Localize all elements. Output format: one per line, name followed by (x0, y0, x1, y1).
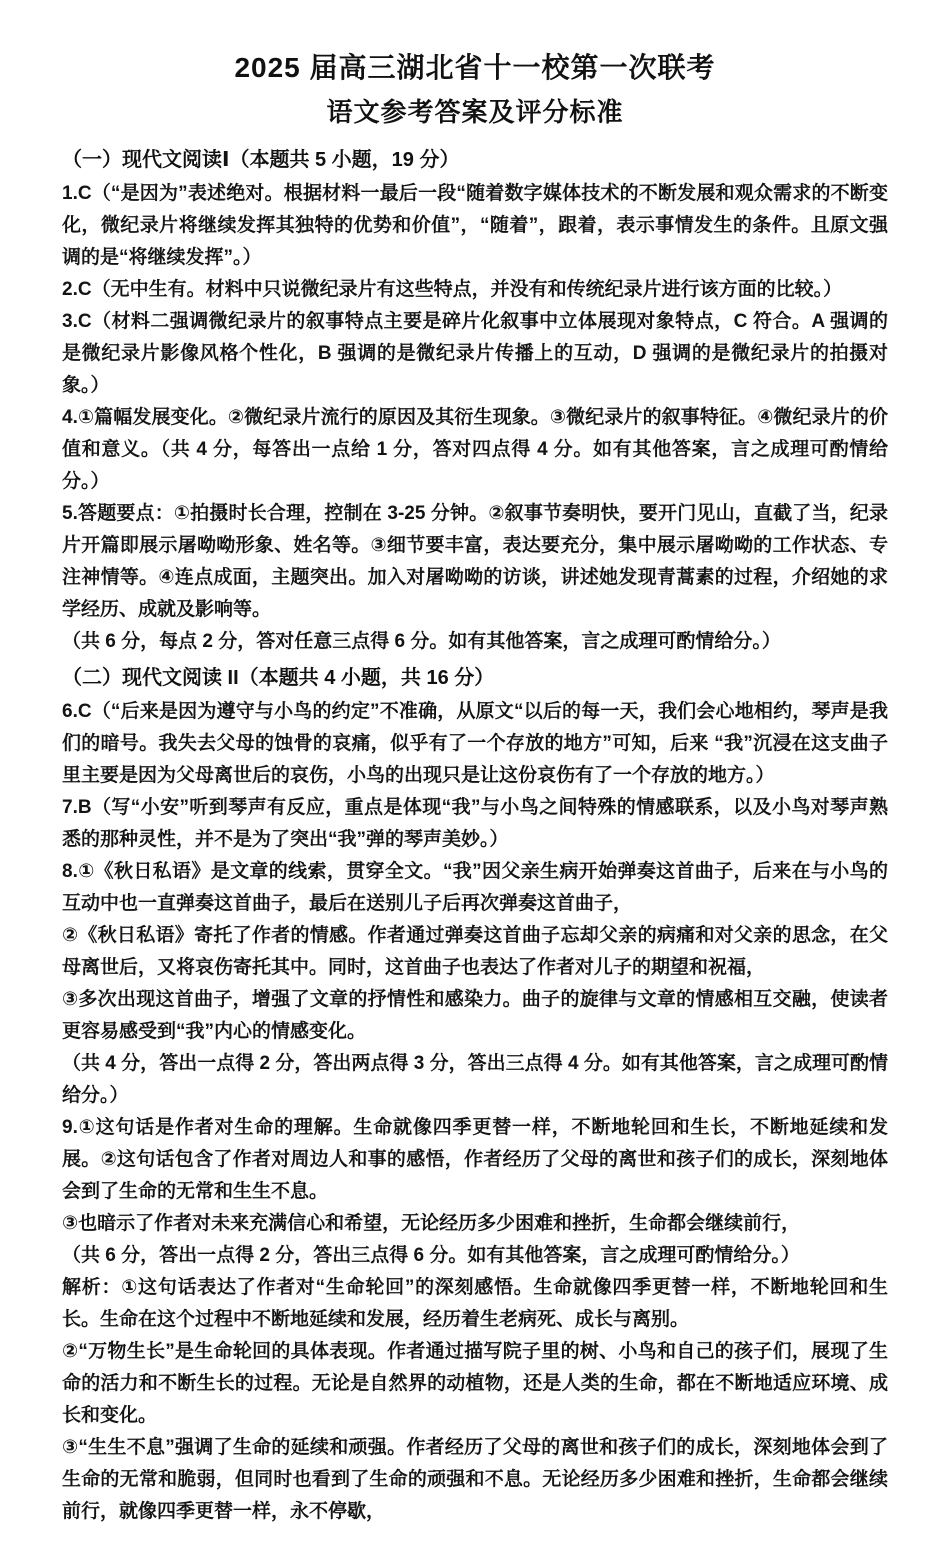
answer-item-5-scoring-note: （共 6 分，每点 2 分，答对任意三点得 6 分。如有其他答案，言之成理可酌情… (62, 626, 888, 658)
answer-item-9-scoring-note: （共 6 分，答出一点得 2 分，答出三点得 6 分。如有其他答案，言之成理可酌… (62, 1240, 888, 1272)
answer-item-8-point-1: 8.①《秋日私语》是文章的线索，贯穿全文。“我”因父亲生病开始弹奏这首曲子，后来… (62, 856, 888, 920)
answer-item-1: 1.C（“是因为”表述绝对。根据材料一最后一段“随着数字媒体技术的不断发展和观众… (62, 178, 888, 274)
page-title: 2025 届高三湖北省十一校第一次联考 (62, 50, 888, 86)
answer-item-8-point-2: ②《秋日私语》寄托了作者的情感。作者通过弹奏这首曲子忘却父亲的病痛和对父亲的思念… (62, 920, 888, 984)
answer-item-8-scoring-note: （共 4 分，答出一点得 2 分，答出两点得 3 分，答出三点得 4 分。如有其… (62, 1048, 888, 1112)
analysis-point-2: ②“万物生长”是生命轮回的具体表现。作者通过描写院子里的树、小鸟和自己的孩子们，… (62, 1336, 888, 1432)
answer-item-7: 7.B（写“小安”听到琴声有反应，重点是体现“我”与小鸟之间特殊的情感联系，以及… (62, 792, 888, 856)
answer-item-9-points-1-2: 9.①这句话是作者对生命的理解。生命就像四季更替一样，不断地轮回和生长，不断地延… (62, 1112, 888, 1208)
analysis-point-1: 解析：①这句话表达了作者对“生命轮回”的深刻感悟。生命就像四季更替一样，不断地轮… (62, 1272, 888, 1336)
answer-item-9-point-3: ③也暗示了作者对未来充满信心和希望，无论经历多少困难和挫折，生命都会继续前行， (62, 1208, 888, 1240)
answer-item-6: 6.C（“后来是因为遵守与小鸟的约定”不准确，从原文“以后的每一天，我们会心地相… (62, 696, 888, 792)
answer-item-3: 3.C（材料二强调微纪录片的叙事特点主要是碎片化叙事中立体展现对象特点，C 符合… (62, 306, 888, 402)
answer-item-2: 2.C（无中生有。材料中只说微纪录片有这些特点，并没有和传统纪录片进行该方面的比… (62, 274, 888, 306)
page-subtitle: 语文参考答案及评分标准 (62, 96, 888, 130)
analysis-point-3: ③“生生不息”强调了生命的延续和顽强。作者经历了父母的离世和孩子们的成长，深刻地… (62, 1432, 888, 1528)
section-2-heading: （二）现代文阅读 II（本题共 4 小题，共 16 分） (62, 662, 888, 694)
answer-item-8-point-3: ③多次出现这首曲子，增强了文章的抒情性和感染力。曲子的旋律与文章的情感相互交融，… (62, 984, 888, 1048)
document-page: 2025 届高三湖北省十一校第一次联考 语文参考答案及评分标准 （一）现代文阅读… (0, 0, 950, 1568)
answer-item-4: 4.①篇幅发展变化。②微纪录片流行的原因及其衍生现象。③微纪录片的叙事特征。④微… (62, 402, 888, 498)
answer-item-5: 5.答题要点：①拍摄时长合理，控制在 3-25 分钟。②叙事节奏明快，要开门见山… (62, 498, 888, 626)
section-1-heading: （一）现代文阅读Ⅰ（本题共 5 小题，19 分） (62, 144, 888, 176)
